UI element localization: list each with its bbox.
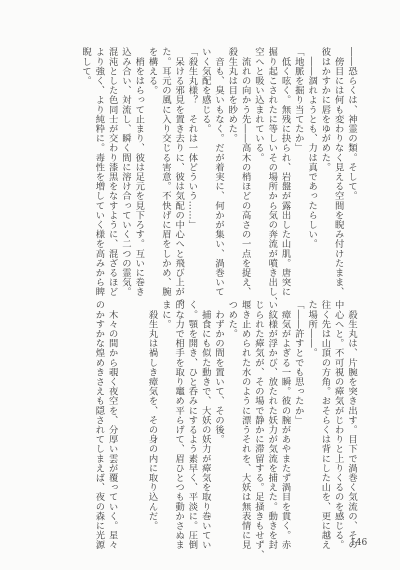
- text-line: を構える。: [145, 47, 158, 277]
- text-line: た場所――。: [305, 300, 318, 530]
- text-line: 往く先は山頂の方角。おそらくは背にした山を、更に越え: [318, 300, 331, 530]
- text-line: 呆ける邪見を置き去りに、彼は気配の中心へと飛び上がっ: [172, 47, 185, 277]
- text-line: 殺生丸は、片腕を突き出す。目下で渦巻く気流の、その: [345, 300, 358, 530]
- text-line: 空へと吸い込まれている。: [252, 47, 265, 277]
- text-line: 込み合い、対流し、瞬く間に溶け合っていく二つの霊気。: [119, 47, 132, 277]
- bottom-text-section: 殺生丸は、片腕を突き出す。目下で渦巻く気流の、その中心へと。不可視の瘴気がじわり…: [92, 300, 358, 530]
- page-number: 146: [350, 538, 367, 548]
- text-line: のかすかな煌めきさえも隠されてしまえば、夜の森に光源: [92, 300, 105, 530]
- text-line: 殺生丸は禍しき瘴気を、その身の内に取り込んだ。: [145, 300, 158, 530]
- text-line: 「地脈を掘り当てたか」: [292, 47, 305, 277]
- text-line: つめた。: [225, 300, 238, 530]
- text-line: 中心へと。不可視の瘴気がじわりと上りくるのを感じる。: [331, 300, 344, 530]
- text-line: [119, 300, 132, 530]
- text-line: 音も、臭いもなく。だが着実に、何かが集い、渦巻いて: [212, 47, 225, 277]
- text-line: 梢をはらって止まり、彼は足元を見下ろす。互いに巻き: [132, 47, 145, 277]
- text-line: 掘り起こされたに等しいその場所から気の奔流が噴き出し、: [265, 47, 278, 277]
- text-line: じられた瘴気が、その場で静かに滞留する。足掻きもせず、: [252, 300, 265, 530]
- text-line: 木々の間から覗く夜空を、分厚い雲が覆っていく。星々: [105, 300, 118, 530]
- text-line: 「――許すとでも思ったか」: [292, 300, 305, 530]
- text-line: まに。: [159, 300, 172, 530]
- text-line: 傍目には何も変わりなく見える空間を睨み付けたまま、: [331, 47, 344, 277]
- text-line: 的な力で相手を取り竈め平らげて、眉ひとつも動かさぬま: [172, 300, 185, 530]
- text-line: 「殺生丸様？ それは一体どういう……」: [185, 47, 198, 277]
- text-line: いく気配を感じる。: [198, 47, 211, 277]
- text-line: 低く呟く。無残に抉られ、岩盤が露出した山肌。唐突に: [278, 47, 291, 277]
- text-line: 瘴気がよぎる一瞬。彼の腕があやまたず渦目を貫く。赤: [278, 300, 291, 530]
- text-line: ――涸れようとも、力は真であったらしい。: [305, 47, 318, 277]
- text-line: い紋様が浮かび、放たれた妖力が気流を捕えた。動きを封: [265, 300, 278, 530]
- text-line: 睨して。: [79, 47, 92, 277]
- text-line: 捕食にも似た動きで、大妖の妖力が瘴気を取り巻いてい: [198, 300, 211, 530]
- text-line: く。顎を開き、ひと呑みにするよう素早く、平淡に。圧倒: [185, 300, 198, 530]
- top-text-section: ――恐らくは、神霊の類。そして。 傍目には何も変わりなく見える空間を睨み付けたま…: [79, 47, 358, 277]
- text-line: 混沌とした色同士が交わり漆黒をなすように、混ざるほど: [105, 47, 118, 277]
- text-line: [132, 300, 145, 530]
- text-line: 殺生丸は目を眇めた。: [225, 47, 238, 277]
- text-line: 彼はかすかに唇をゆがめた。: [318, 47, 331, 277]
- text-line: より強く、より純粋に。毒性を増していく様を高みから睥: [92, 47, 105, 277]
- text-line: ――恐らくは、神霊の類。そして。: [345, 47, 358, 277]
- text-line: た。耳元の風に入り交じる害意。不快げに眉をしかめ、腕: [159, 47, 172, 277]
- text-line: 流れの向かう先――高木の梢ほどの高さの一点を捉え、: [238, 47, 251, 277]
- text-line: わずかの間を置いて、その後。: [212, 300, 225, 530]
- text-line: 堰き止められた水のように漂うそれを、大妖は無表情に見: [238, 300, 251, 530]
